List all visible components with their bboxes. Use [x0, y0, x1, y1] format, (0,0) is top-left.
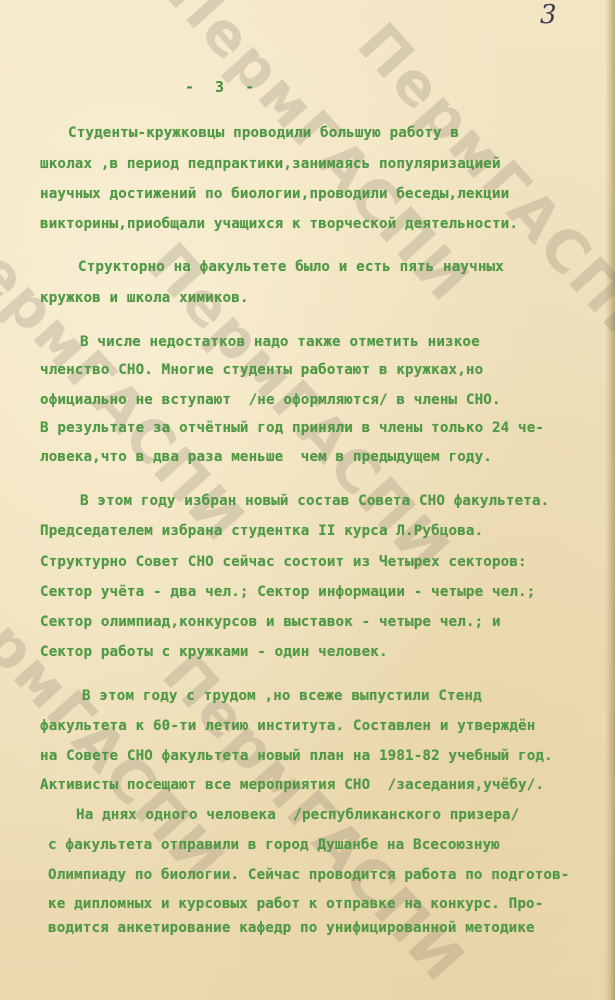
text-line: ке дипломных и курсовых работ к отправке… [48, 896, 543, 912]
text-line: В этом году избран новый состав Совета С… [80, 493, 549, 509]
text-line: ловека,что в два раза меньше чем в преды… [40, 449, 492, 465]
text-line: Активисты посещают все мероприятия СНО /… [40, 777, 544, 793]
text-line: В числе недостатков надо также отметить … [80, 334, 480, 350]
text-line: На днях одного человека /республиканског… [76, 807, 519, 823]
text-line: В результате за отчётный год приняли в ч… [40, 420, 544, 436]
text-line: Структорно на факультете было и есть пят… [78, 259, 504, 275]
text-line: факультета к 60-ти летию института. Сост… [40, 718, 535, 734]
text-line: Председателем избрана студентка II курса… [40, 523, 483, 539]
text-line: научных достижений по биологии,проводили… [40, 186, 509, 202]
text-line: с факультета отправили в город Душанбе н… [48, 837, 500, 853]
text-line: членство СНО. Многие студенты работают в… [40, 362, 483, 378]
text-line: Сектор олимпиад,конкурсов и выставок - ч… [40, 614, 501, 630]
handwritten-page-number: 3 [540, 0, 557, 30]
text-line: Студенты-кружковцы проводили большую раб… [68, 125, 459, 141]
text-line: Олимпиаду по биологии. Сейчас проводится… [48, 867, 570, 883]
text-line: Сектор учёта - два чел.; Сектор информац… [40, 584, 535, 600]
page-edge-shadow [605, 0, 615, 1000]
text-line: В этом году с трудом ,но всеже выпустили… [82, 688, 482, 704]
text-line: водится анкетирование кафедр по унифицир… [48, 920, 535, 936]
text-line: кружков и школа химиков. [40, 290, 249, 306]
text-line: на Совете СНО факультета новый план на 1… [40, 748, 553, 764]
text-line: школах ,в период педпрактики,занимаясь п… [40, 156, 501, 172]
text-line: Структурно Совет СНО сейчас состоит из Ч… [40, 554, 527, 570]
text-line: Сектор работы с кружками - один человек. [40, 644, 388, 660]
typed-page-number: - 3 - [185, 78, 265, 96]
text-line: викторины,приобщали учащихся к творческо… [40, 216, 518, 232]
text-line: официально не вступают /не оформляются/ … [40, 392, 501, 408]
